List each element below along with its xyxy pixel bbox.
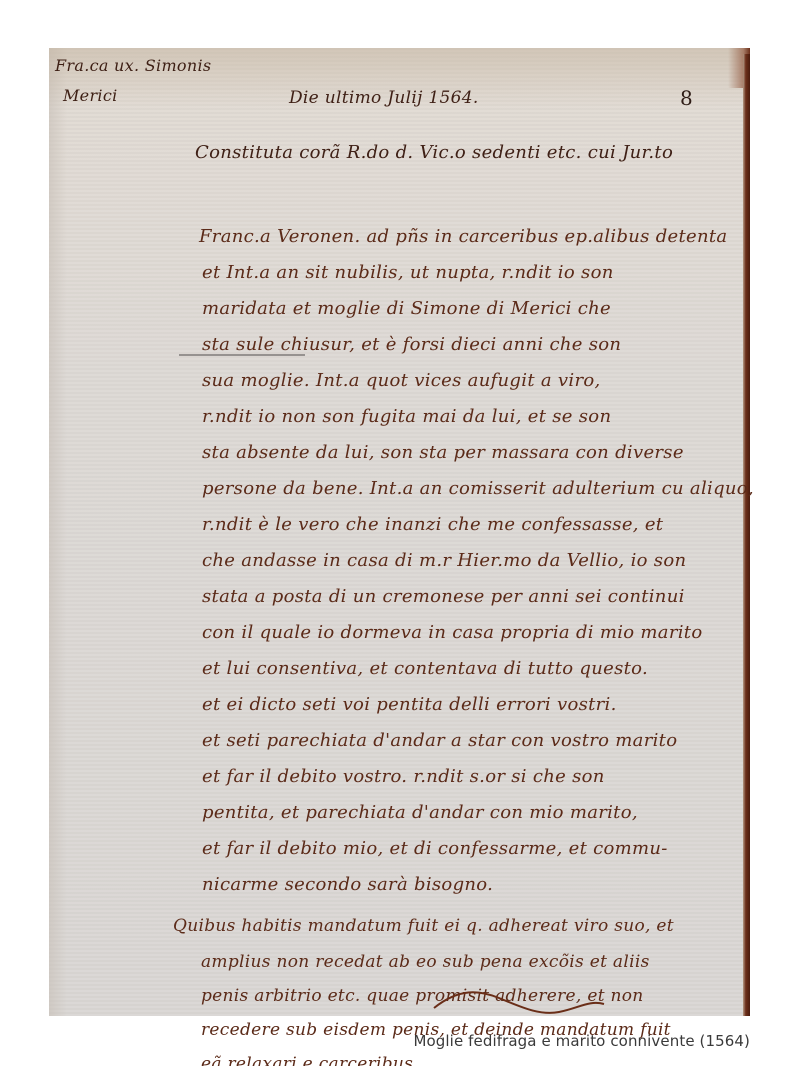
body-line: et lui consentiva, et contentava di tutt… [202, 658, 648, 679]
margin-note-line-2: Merici [63, 86, 118, 105]
heading-line: Constituta corã R.do d. Vic.o sedenti et… [195, 142, 673, 163]
image-caption: Moglie fedifraga e marito connivente (15… [413, 1032, 750, 1050]
body-line: r.ndit è le vero che inanzi che me confe… [202, 514, 663, 535]
body-line: con il quale io dormeva in casa propria … [202, 622, 702, 643]
body-line: nicarme secondo sarà bisogno. [202, 874, 493, 895]
body-line: r.ndit io non son fugita mai da lui, et … [202, 406, 611, 427]
body-line: sua moglie. Int.a quot vices aufugit a v… [202, 370, 601, 391]
closing-line: Quibus habitis mandatum fuit ei q. adher… [173, 916, 674, 936]
body-line: et seti parechiata d'andar a star con vo… [202, 730, 677, 751]
closing-line: eã relaxari e carceribus [201, 1054, 413, 1066]
body-line: sta absente da lui, son sta per massara … [202, 442, 684, 463]
closing-flourish-icon [429, 978, 609, 1018]
body-line: et far il debito vostro. r.ndit s.or si … [202, 766, 605, 787]
body-line: sta sule chiusur, et è forsi dieci anni … [202, 334, 621, 355]
body-line: pentita, et parechiata d'andar con mio m… [202, 802, 638, 823]
body-line: et ei dicto seti voi pentita delli error… [202, 694, 617, 715]
body-line: stata a posta di un cremonese per anni s… [202, 586, 685, 607]
body-line: persone da bene. Int.a an comisserit adu… [202, 478, 754, 499]
date-line: Die ultimo Julij 1564. [289, 88, 479, 108]
margin-pencil-underline [179, 354, 305, 356]
margin-note-line-1: Fra.ca ux. Simonis [55, 56, 211, 75]
closing-line: amplius non recedat ab eo sub pena excõi… [201, 952, 650, 972]
body-line: Franc.a Veronen. ad pñs in carceribus ep… [199, 226, 727, 247]
body-line: et far il debito mio, et di confessarme,… [202, 838, 668, 859]
page-binding-edge [743, 54, 750, 1016]
body-line: che andasse in casa di m.r Hier.mo da Ve… [202, 550, 686, 571]
page-number: 8 [680, 86, 693, 110]
body-line: maridata et moglie di Simone di Merici c… [202, 298, 611, 319]
body-line: et Int.a an sit nubilis, ut nupta, r.ndi… [202, 262, 614, 283]
manuscript-page: Fra.ca ux. Simonis Merici 8 Die ultimo J… [49, 48, 750, 1016]
